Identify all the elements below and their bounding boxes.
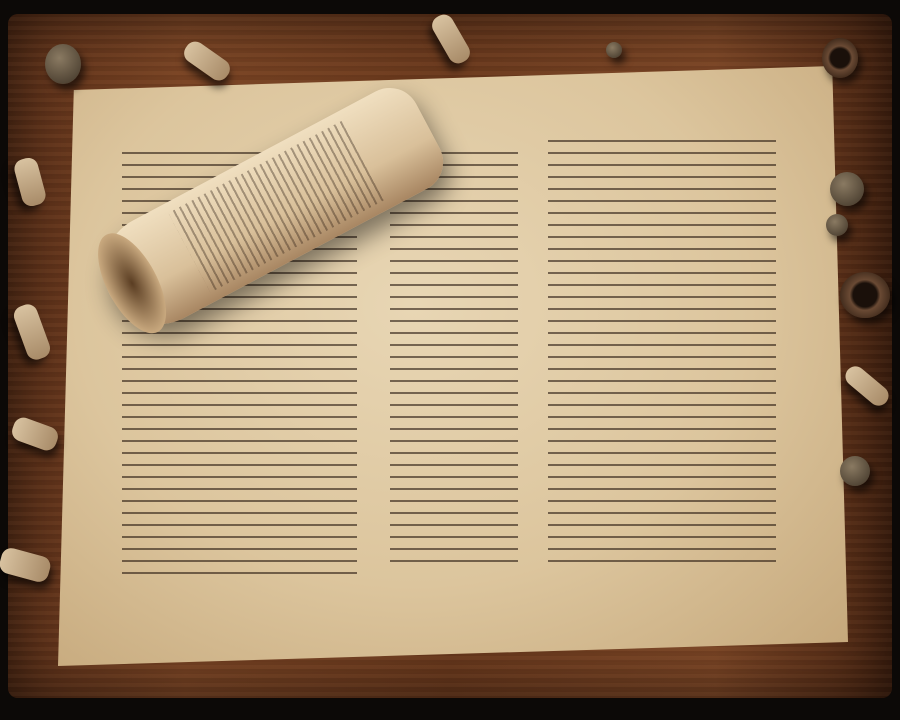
clay-pot [840,272,890,318]
stone-bead [45,44,81,84]
script-column-right [548,130,776,568]
stone-bead [830,172,864,206]
stone-bead [606,42,622,58]
script-column-middle [390,142,518,568]
stone-bead [840,456,870,486]
clay-pot [822,38,858,78]
stone-bead [826,214,848,236]
